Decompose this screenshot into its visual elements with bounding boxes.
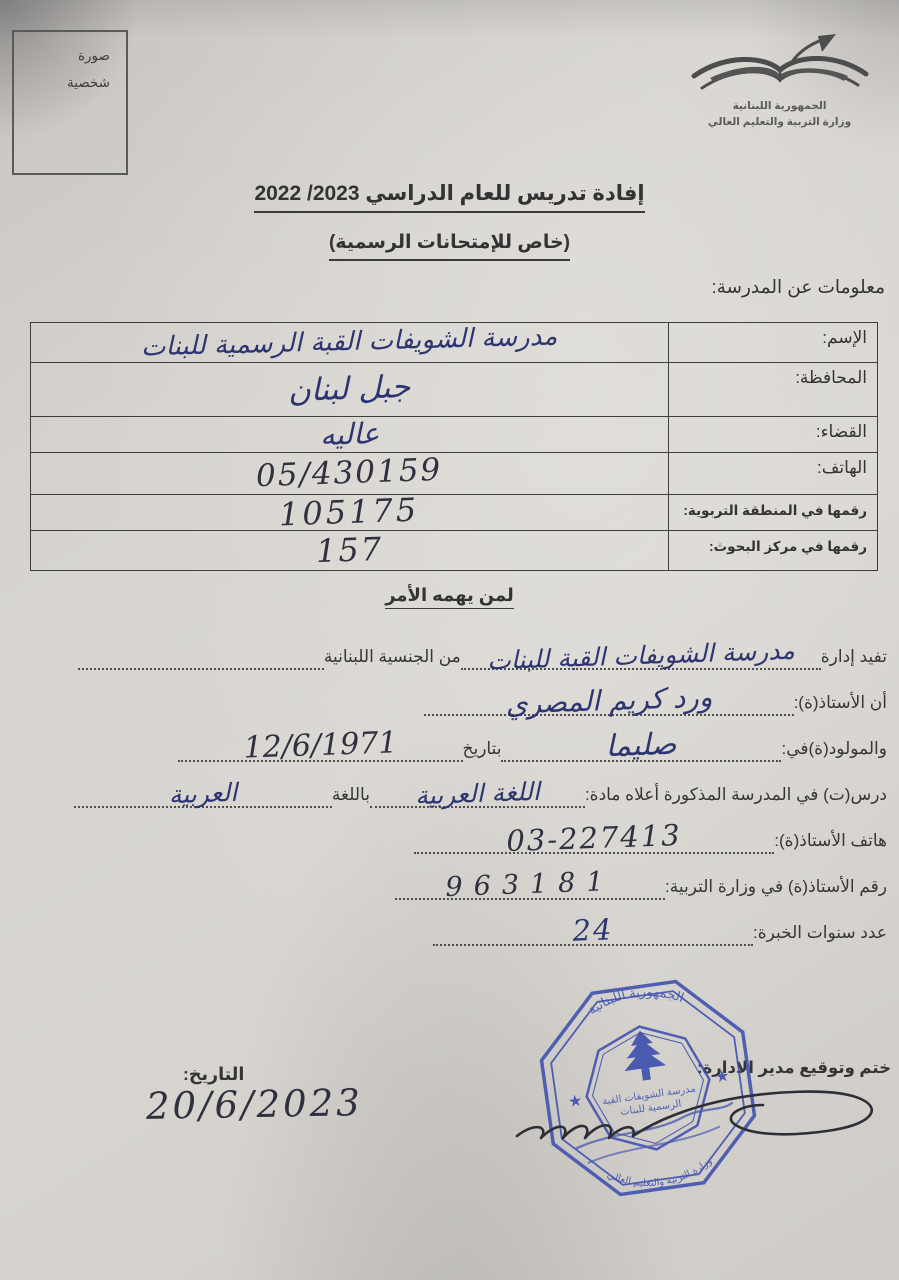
date-label: التاريخ: bbox=[183, 1064, 244, 1085]
line2-label: أن الأستاذ(ة): bbox=[794, 693, 887, 716]
document-subtitle-text: (خاص للإمتحانات الرسمية) bbox=[329, 231, 570, 261]
line6-label: رقم الأستاذ(ة) في وزارة التربية: bbox=[665, 877, 887, 900]
row-label: رقمها في مركز البحوث: bbox=[669, 531, 878, 571]
statement-line-phone: هاتف الأستاذ(ة): 03-227413 bbox=[78, 808, 887, 854]
row-value: مدرسة الشويفات القبة الرسمية للبنات bbox=[31, 323, 669, 363]
row-label: رقمها في المنطقة التربوية: bbox=[669, 495, 878, 531]
table-row: الإسم: مدرسة الشويفات القبة الرسمية للبن… bbox=[31, 323, 878, 363]
handwritten-teacher-name: ورد كريم المصري bbox=[423, 681, 794, 719]
statement-line-teacher: أن الأستاذ(ة): ورد كريم المصري bbox=[78, 670, 887, 716]
handwritten-school-name: مدرسة الشويفات القبة الرسمية للبنات bbox=[141, 325, 558, 359]
row-label: المحافظة: bbox=[669, 363, 878, 417]
handwritten-subject: اللغة العربية bbox=[370, 779, 586, 809]
table-row: رقمها في المنطقة التربوية: 105175 bbox=[31, 495, 878, 531]
row-label: الهاتف: bbox=[669, 453, 878, 495]
handwritten-ministry-number: 963181 bbox=[395, 868, 666, 902]
svg-text:الجمهورية اللبنانية: الجمهورية اللبنانية bbox=[583, 978, 688, 1019]
republic-name: الجمهورية اللبنانية bbox=[672, 98, 887, 114]
fill-line: اللغة العربية bbox=[370, 796, 585, 808]
quill-icon bbox=[818, 34, 836, 52]
row-value: عاليه bbox=[31, 417, 669, 453]
stamp-ring-top-text: الجمهورية اللبنانية bbox=[583, 978, 688, 1019]
line5-label: هاتف الأستاذ(ة): bbox=[774, 831, 887, 854]
handwritten-teacher-phone: 03-227413 bbox=[414, 819, 775, 858]
fill-line: 963181 bbox=[395, 888, 665, 900]
school-info-heading: معلومات عن المدرسة: bbox=[711, 276, 885, 298]
line1-prefix: تفيد إدارة bbox=[821, 647, 887, 670]
handwritten-birthplace: صليما bbox=[501, 727, 782, 764]
handwritten-date: 20/6/2023 bbox=[146, 1086, 363, 1123]
row-value: 105175 bbox=[31, 495, 669, 531]
document-subtitle: (خاص للإمتحانات الرسمية) bbox=[0, 231, 899, 261]
row-value: 157 bbox=[31, 531, 669, 571]
handwritten-region-number: 105175 bbox=[279, 495, 420, 529]
row-label: القضاء: bbox=[669, 417, 878, 453]
handwritten-district: عاليه bbox=[319, 419, 379, 447]
fill-line: 03-227413 bbox=[414, 842, 774, 854]
concern-heading: لمن يهمه الأمر bbox=[0, 585, 899, 609]
ministry-book-logo-icon bbox=[680, 34, 880, 98]
table-row: الهاتف: 05/430159 bbox=[31, 453, 878, 495]
row-value: 05/430159 bbox=[31, 453, 669, 495]
statement-body: تفيد إدارة مدرسة الشويفات القبة للبنات م… bbox=[78, 624, 887, 946]
photo-placeholder-box: صورة شخصية bbox=[12, 30, 128, 175]
photo-box-label-line2: شخصية bbox=[14, 69, 110, 96]
statement-line-school: تفيد إدارة مدرسة الشويفات القبة للبنات م… bbox=[78, 624, 887, 670]
fill-line: العربية bbox=[74, 796, 332, 808]
handwritten-birthdate: 12/6/1971 bbox=[177, 727, 463, 764]
fill-line bbox=[78, 658, 324, 670]
document-title: إفادة تدريس للعام الدراسي 2023/ 2022 bbox=[0, 181, 899, 213]
statement-line-birth: والمولود(ة)في: صليما بتاريخ 12/6/1971 bbox=[78, 716, 887, 762]
line3-label: والمولود(ة)في: bbox=[781, 739, 887, 762]
concern-heading-text: لمن يهمه الأمر bbox=[385, 585, 514, 609]
table-row: رقمها في مركز البحوث: 157 bbox=[31, 531, 878, 571]
fill-line: مدرسة الشويفات القبة للبنات bbox=[461, 658, 821, 670]
statement-line-experience: عدد سنوات الخبرة: 24 bbox=[78, 900, 887, 946]
handwritten-experience-years: 24 bbox=[433, 911, 754, 948]
line1-suffix: من الجنسية اللبنانية bbox=[324, 647, 461, 670]
row-label: الإسم: bbox=[669, 323, 878, 363]
fill-line: صليما bbox=[501, 750, 781, 762]
row-value: جبل لبنان bbox=[31, 363, 669, 417]
ministry-name: وزارة التربية والتعليم العالي bbox=[672, 114, 887, 130]
director-signature bbox=[505, 1052, 895, 1172]
handwritten-phone: 05/430159 bbox=[256, 456, 443, 490]
table-row: القضاء: عاليه bbox=[31, 417, 878, 453]
handwritten-research-number: 157 bbox=[315, 534, 383, 565]
fill-line: 12/6/1971 bbox=[178, 750, 463, 762]
handwritten-governorate: جبل لبنان bbox=[288, 373, 411, 405]
line3-mid: بتاريخ bbox=[463, 739, 502, 762]
table-row: المحافظة: جبل لبنان bbox=[31, 363, 878, 417]
handwritten-school-name-body: مدرسة الشويفات القبة للبنات bbox=[460, 638, 821, 673]
photo-box-label-line1: صورة bbox=[14, 42, 110, 69]
line4-mid: باللغة bbox=[332, 785, 370, 808]
handwritten-language: العربية bbox=[74, 778, 333, 809]
document-title-text: إفادة تدريس للعام الدراسي 2023/ 2022 bbox=[254, 181, 644, 213]
statement-line-subject: درس(ت) في المدرسة المذكورة أعلاه مادة: ا… bbox=[78, 762, 887, 808]
fill-line: ورد كريم المصري bbox=[424, 704, 794, 716]
ministry-header: الجمهورية اللبنانية وزارة التربية والتعل… bbox=[672, 34, 887, 131]
line4-label: درس(ت) في المدرسة المذكورة أعلاه مادة: bbox=[585, 785, 887, 808]
scanned-document: صورة شخصية الجمهورية اللبنانية وزارة الت… bbox=[0, 0, 899, 1280]
statement-line-ministry-number: رقم الأستاذ(ة) في وزارة التربية: 963181 bbox=[78, 854, 887, 900]
school-info-table: الإسم: مدرسة الشويفات القبة الرسمية للبن… bbox=[30, 322, 878, 571]
line7-label: عدد سنوات الخبرة: bbox=[753, 923, 887, 946]
fill-line: 24 bbox=[433, 934, 753, 946]
